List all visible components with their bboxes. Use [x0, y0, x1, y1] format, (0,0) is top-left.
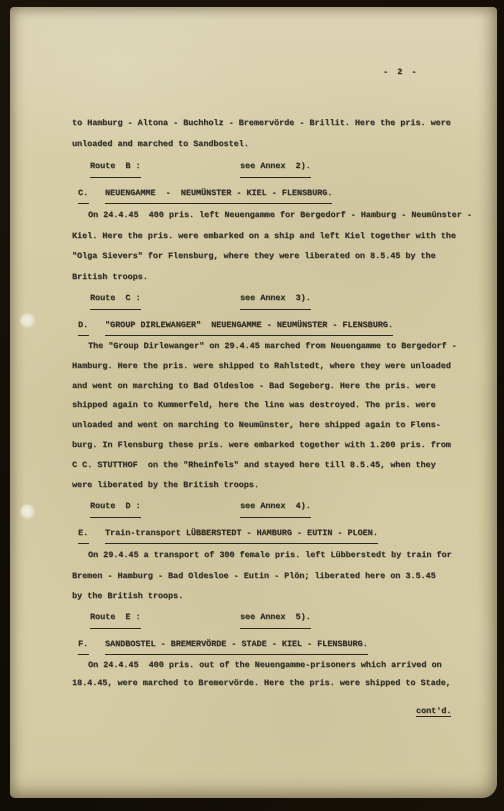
hole-punch — [21, 314, 34, 327]
section-title: Train-transport LÜBBERSTEDT - HAMBURG - … — [105, 524, 378, 544]
text-line: On 24.4.45 400 pris. out of the Neuengam… — [72, 656, 453, 675]
scanned-document-frame: - 2 - to Hamburg - Altona - Buchholz - B… — [0, 0, 504, 811]
hole-punch — [21, 505, 34, 518]
text-line: On 24.4.45 400 pris. left Neuengamme for… — [72, 205, 453, 226]
section-title: NEUENGAMME - NEUMÜNSTER - KIEL - FLENSBU… — [105, 184, 332, 204]
section-letter: C. — [78, 184, 89, 204]
section-c-paragraph: On 24.4.45 400 pris. left Neuengamme for… — [72, 205, 453, 287]
route-b-line: Route B : see Annex 2). — [90, 156, 453, 177]
section-f-paragraph: On 24.4.45 400 pris. out of the Neuengam… — [72, 656, 453, 693]
text-line: unloaded and went on marching to Neumüns… — [72, 416, 453, 436]
text-line: British troops. — [72, 267, 453, 288]
route-label: Route C : — [90, 288, 141, 310]
route-label: Route B : — [90, 156, 141, 178]
section-d-paragraph: The "Group Dirlewanger" on 29.4.45 march… — [72, 337, 453, 495]
text-line: by the British troops. — [72, 586, 453, 606]
section-d-heading: D."GROUP DIRLEWANGER" NEUENGAMME - NEUMÜ… — [78, 316, 453, 337]
text-line: Kiel. Here the pris. were embarked on a … — [72, 226, 453, 247]
route-label: Route E : — [90, 607, 141, 629]
route-d-line: Route D : see Annex 4). — [90, 496, 453, 517]
text-line: Hamburg. Here the pris. were shipped to … — [72, 357, 453, 377]
route-e-line: Route E : see Annex 5). — [90, 607, 453, 628]
text-line: to Hamburg - Altona - Buchholz - Bremerv… — [72, 113, 453, 134]
section-e: E.Train-transport LÜBBERSTEDT - HAMBURG … — [72, 524, 453, 628]
text-line: On 29.4.45 a transport of 300 female pri… — [72, 545, 453, 565]
text-line: unloaded and marched to Sandbostel. — [72, 134, 453, 155]
text-line: "Olga Sievers" for Flensburg, where they… — [72, 246, 453, 267]
section-d: D."GROUP DIRLEWANGER" NEUENGAMME - NEUMÜ… — [72, 316, 453, 517]
text-line: burg. In Flensburg these pris. were emba… — [72, 436, 453, 456]
continued-marker: cont'd. — [416, 706, 453, 717]
continued-label: cont'd. — [416, 706, 451, 717]
page-number: - 2 - — [383, 67, 453, 81]
section-c: C.NEUENGAMME - NEUMÜNSTER - KIEL - FLENS… — [72, 184, 453, 309]
text-line: shipped again to Kummerfeld, here the li… — [72, 396, 453, 416]
section-e-heading: E.Train-transport LÜBBERSTEDT - HAMBURG … — [78, 524, 453, 545]
section-title: SANDBOSTEL - BREMERVÖRDE - STADE - KIEL … — [105, 635, 368, 655]
text-line: The "Group Dirlewanger" on 29.4.45 march… — [72, 337, 453, 357]
section-title: "GROUP DIRLEWANGER" NEUENGAMME - NEUMÜNS… — [105, 316, 393, 336]
text-line: were liberated by the British troops. — [72, 476, 453, 496]
section-c-heading: C.NEUENGAMME - NEUMÜNSTER - KIEL - FLENS… — [78, 184, 453, 205]
document-page: - 2 - to Hamburg - Altona - Buchholz - B… — [10, 7, 497, 798]
route-c-line: Route C : see Annex 3). — [90, 288, 453, 309]
section-letter: F. — [78, 635, 89, 655]
text-line: C C. STUTTHOF on the "Rheinfels" and sta… — [72, 456, 453, 476]
section-letter: E. — [78, 524, 89, 544]
text-line: 18.4.45, were marched to Bremervörde. He… — [72, 674, 453, 693]
paragraph-continuation: to Hamburg - Altona - Buchholz - Bremerv… — [72, 113, 453, 155]
annex-reference: see Annex 3). — [240, 288, 311, 310]
annex-reference: see Annex 4). — [240, 496, 311, 518]
section-f: F.SANDBOSTEL - BREMERVÖRDE - STADE - KIE… — [72, 635, 453, 693]
annex-reference: see Annex 2). — [240, 156, 311, 178]
text-line: and went on marching to Bad Oldesloe - B… — [72, 377, 453, 397]
route-label: Route D : — [90, 496, 141, 518]
section-e-paragraph: On 29.4.45 a transport of 300 female pri… — [72, 545, 453, 606]
annex-reference: see Annex 5). — [240, 607, 311, 629]
section-letter: D. — [78, 316, 89, 336]
text-line: Bremen - Hamburg - Bad Oldesloe - Eutin … — [72, 566, 453, 586]
section-f-heading: F.SANDBOSTEL - BREMERVÖRDE - STADE - KIE… — [78, 635, 453, 656]
